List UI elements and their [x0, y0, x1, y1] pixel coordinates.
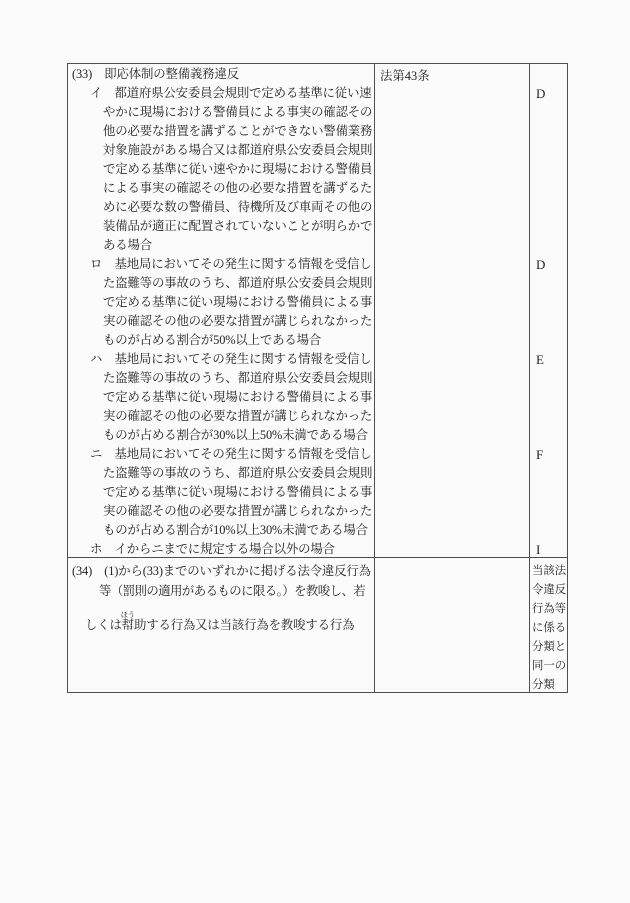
- table-line: イ 都道府県公安委員会規則で定める基準に従い速: [68, 84, 374, 103]
- table-line: で定める基準に従い現場における警備員による事: [68, 293, 374, 312]
- table-line: しくは幇ほう助する行為又は当該行為を教唆する行為: [68, 611, 374, 631]
- table-line: で定める基準に従い現場における警備員による事: [68, 483, 374, 502]
- table-line: ものが占める割合が50%以上である場合: [68, 331, 374, 350]
- table-line: (33) 即応体制の整備義務違反: [68, 65, 374, 84]
- table-line: ものが占める割合が30%以上50%未満である場合: [68, 426, 374, 445]
- classification-note: 当該法令違反行為等に係る分類と同一の分類: [530, 558, 567, 693]
- classification-letter: D: [536, 255, 545, 274]
- law-reference: 法第43条: [375, 64, 529, 85]
- table-line: た盗難等の事故のうち、都道府県公安委員会規則: [68, 369, 374, 388]
- table-line: やかに現場における警備員による事実の確認その: [68, 103, 374, 122]
- table-line: で定める基準に従い速やかに現場における警備員: [68, 160, 374, 179]
- table-line: めに必要な数の警備員、待機所及び車両その他の: [68, 198, 374, 217]
- table-line: 対象施設がある場合又は都道府県公安委員会規則: [68, 141, 374, 160]
- table-line: た盗難等の事故のうち、都道府県公安委員会規則: [68, 274, 374, 293]
- table-line: 実の確認その他の必要な措置が講じられなかった: [68, 407, 374, 426]
- table-line: による事実の確認その他の必要な措置を講ずるた: [68, 179, 374, 198]
- violation-classification-table: (33) 即応体制の整備義務違反 イ 都道府県公安委員会規則で定める基準に従い速…: [67, 63, 568, 693]
- table-row-34: (34) (1)から(33)までのいずれかに掲げる法令違反行為 等（罰則の適用が…: [68, 558, 567, 693]
- classification-letter: I: [536, 540, 540, 557]
- classification-cell-33: D D E F I: [530, 64, 567, 557]
- law-reference-cell-34: [375, 558, 530, 693]
- classification-letter: D: [536, 84, 545, 103]
- line-text-pre: しくは: [85, 618, 122, 632]
- law-reference-cell-33: 法第43条: [375, 64, 530, 557]
- table-line: 等（罰則の適用があるものに限る。）を教唆し、若: [68, 581, 374, 601]
- table-row-33: (33) 即応体制の整備義務違反 イ 都道府県公安委員会規則で定める基準に従い速…: [68, 64, 567, 558]
- classification-letter: E: [536, 350, 544, 369]
- classification-cell-34: 当該法令違反行為等に係る分類と同一の分類: [530, 558, 567, 693]
- table-line: ハ 基地局においてその発生に関する情報を受信し: [68, 350, 374, 369]
- line-text-post: 助する行為又は当該行為を教唆する行為: [134, 618, 354, 632]
- document-page: (33) 即応体制の整備義務違反 イ 都道府県公安委員会規則で定める基準に従い速…: [0, 0, 630, 903]
- violation-description-cell-34: (34) (1)から(33)までのいずれかに掲げる法令違反行為 等（罰則の適用が…: [68, 558, 375, 693]
- ruby-annotated-kanji: 幇ほう: [122, 618, 134, 632]
- table-line: ニ 基地局においてその発生に関する情報を受信し: [68, 445, 374, 464]
- table-line: (34) (1)から(33)までのいずれかに掲げる法令違反行為: [68, 561, 374, 581]
- table-line: 装備品が適正に配置されていないことが明らかで: [68, 217, 374, 236]
- table-line: た盗難等の事故のうち、都道府県公安委員会規則: [68, 464, 374, 483]
- table-line: で定める基準に従い現場における警備員による事: [68, 388, 374, 407]
- table-line: ロ 基地局においてその発生に関する情報を受信し: [68, 255, 374, 274]
- table-line: ホ イからニまでに規定する場合以外の場合: [68, 540, 374, 557]
- furigana: ほう: [121, 611, 135, 619]
- table-line: 他の必要な措置を講ずることができない警備業務: [68, 122, 374, 141]
- table-line: ある場合: [68, 236, 374, 255]
- table-line: 実の確認その他の必要な措置が講じられなかった: [68, 502, 374, 521]
- classification-letter: F: [536, 445, 543, 464]
- table-line: 実の確認その他の必要な措置が講じられなかった: [68, 312, 374, 331]
- violation-description-cell-33: (33) 即応体制の整備義務違反 イ 都道府県公安委員会規則で定める基準に従い速…: [68, 64, 375, 557]
- table-line: ものが占める割合が10%以上30%未満である場合: [68, 521, 374, 540]
